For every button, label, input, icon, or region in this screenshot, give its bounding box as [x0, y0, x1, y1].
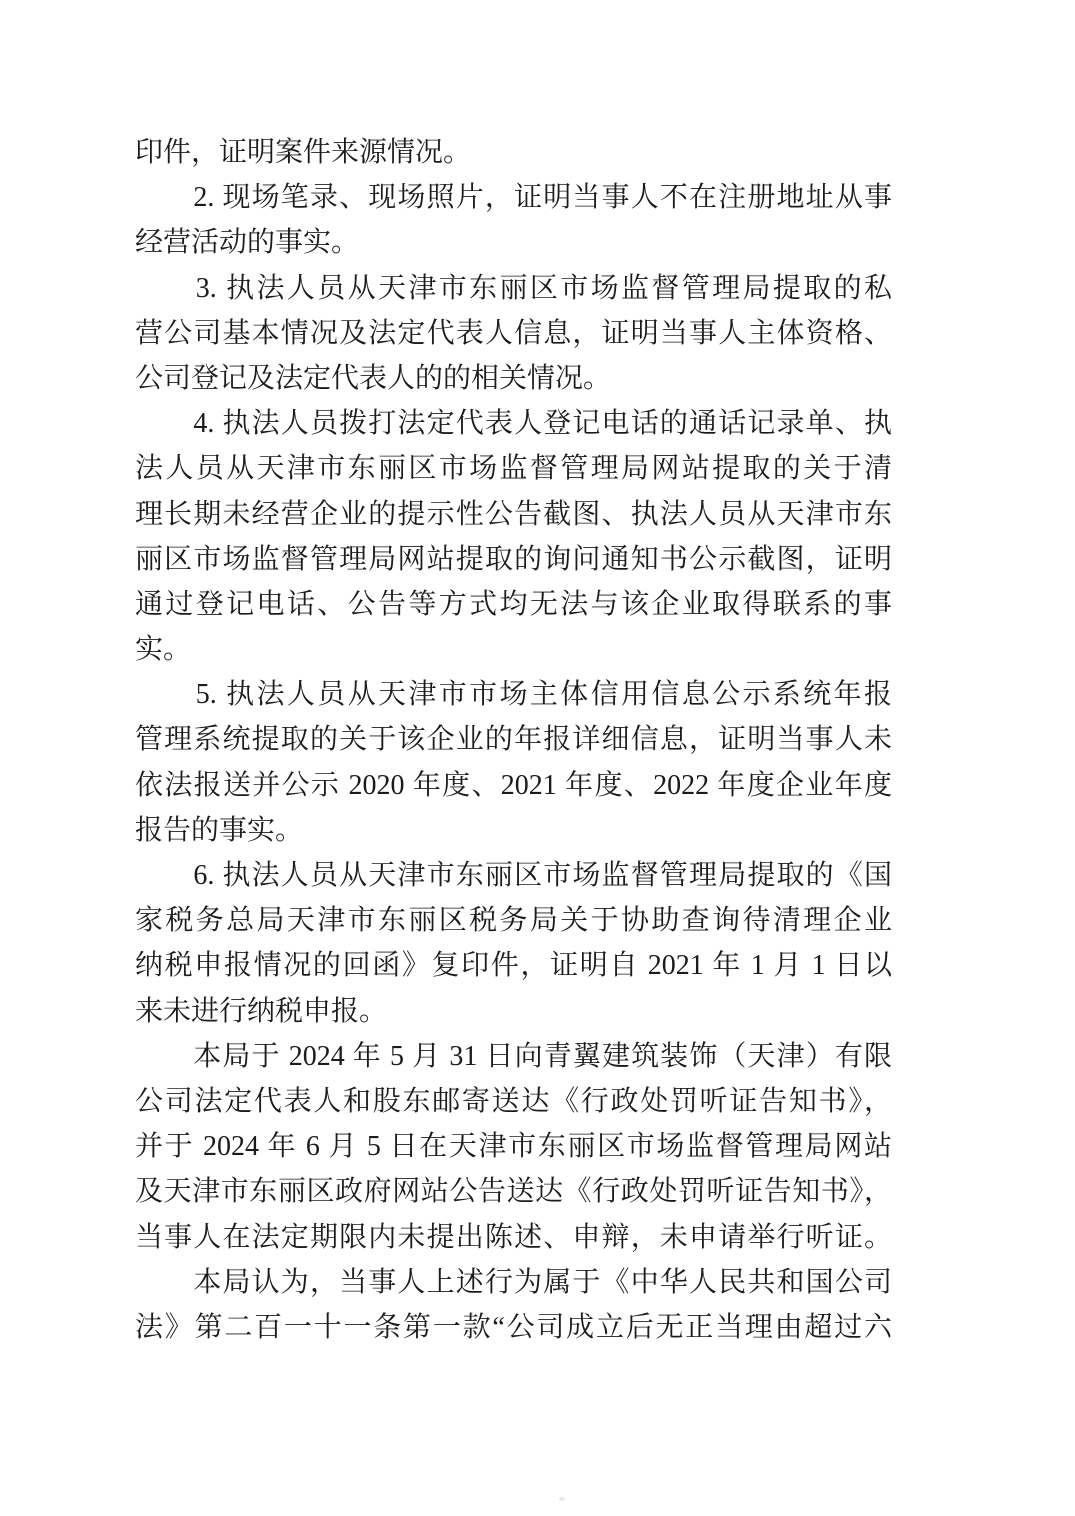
text-line-9: 理长期未经营企业的提示性公告截图、执法人员从天津市东 [135, 492, 892, 537]
text-line-14: 管理系统提取的关于该企业的年报详细信息，证明当事人未 [135, 717, 892, 762]
text-line-25: 当事人在法定期限内未提出陈述、申辩，未申请举行听证。 [135, 1215, 892, 1260]
text-line-20: 来未进行纳税申报。 [135, 989, 892, 1034]
text-line-10: 丽区市场监督管理局网站提取的询问通知书公示截图，证明 [135, 537, 892, 582]
text-line-24: 及天津市东丽区政府网站公告送达《行政处罚听证告知书》， [135, 1169, 892, 1214]
text-line-23: 并于 2024 年 6 月 5 日在天津市东丽区市场监督管理局网站 [135, 1124, 892, 1169]
text-line-8: 法人员从天津市东丽区市场监督管理局网站提取的关于清 [135, 446, 892, 491]
scan-speck [559, 1497, 565, 1501]
text-line-2: 2. 现场笔录、现场照片，证明当事人不在注册地址从事 [135, 175, 892, 220]
text-line-16: 报告的事实。 [135, 808, 892, 853]
text-line-1: 印件，证明案件来源情况。 [135, 130, 892, 175]
text-line-13: 5. 执法人员从天津市市场主体信用信息公示系统年报 [135, 672, 892, 717]
text-line-6: 公司登记及法定代表人的的相关情况。 [135, 356, 892, 401]
text-line-12: 实。 [135, 627, 892, 672]
text-line-7: 4. 执法人员拨打法定代表人登记电话的通话记录单、执 [135, 401, 892, 446]
text-line-5: 营公司基本情况及法定代表人信息，证明当事人主体资格、 [135, 311, 892, 356]
text-line-17: 6. 执法人员从天津市东丽区市场监督管理局提取的《国 [135, 853, 892, 898]
text-line-15: 依法报送并公示 2020 年度、2021 年度、2022 年度企业年度 [135, 763, 892, 808]
text-line-22: 公司法定代表人和股东邮寄送达《行政处罚听证告知书》， [135, 1079, 892, 1124]
text-line-19: 纳税申报情况的回函》复印件，证明自 2021 年 1 月 1 日以 [135, 943, 892, 988]
text-line-18: 家税务总局天津市东丽区税务局关于协助查询待清理企业 [135, 898, 892, 943]
document-text: 印件，证明案件来源情况。 2. 现场笔录、现场照片，证明当事人不在注册地址从事经… [135, 130, 892, 1350]
text-line-11: 通过登记电话、公告等方式均无法与该企业取得联系的事 [135, 582, 892, 627]
text-line-3: 经营活动的事实。 [135, 220, 892, 265]
text-line-21: 本局于 2024 年 5 月 31 日向青翼建筑装饰（天津）有限 [135, 1034, 892, 1079]
scan-page: 印件，证明案件来源情况。 2. 现场笔录、现场照片，证明当事人不在注册地址从事经… [0, 0, 1075, 1516]
text-line-4: 3. 执法人员从天津市东丽区市场监督管理局提取的私 [135, 266, 892, 311]
text-line-27: 法》第二百一十一条第一款“公司成立后无正当理由超过六 [135, 1305, 892, 1350]
text-line-26: 本局认为，当事人上述行为属于《中华人民共和国公司 [135, 1260, 892, 1305]
